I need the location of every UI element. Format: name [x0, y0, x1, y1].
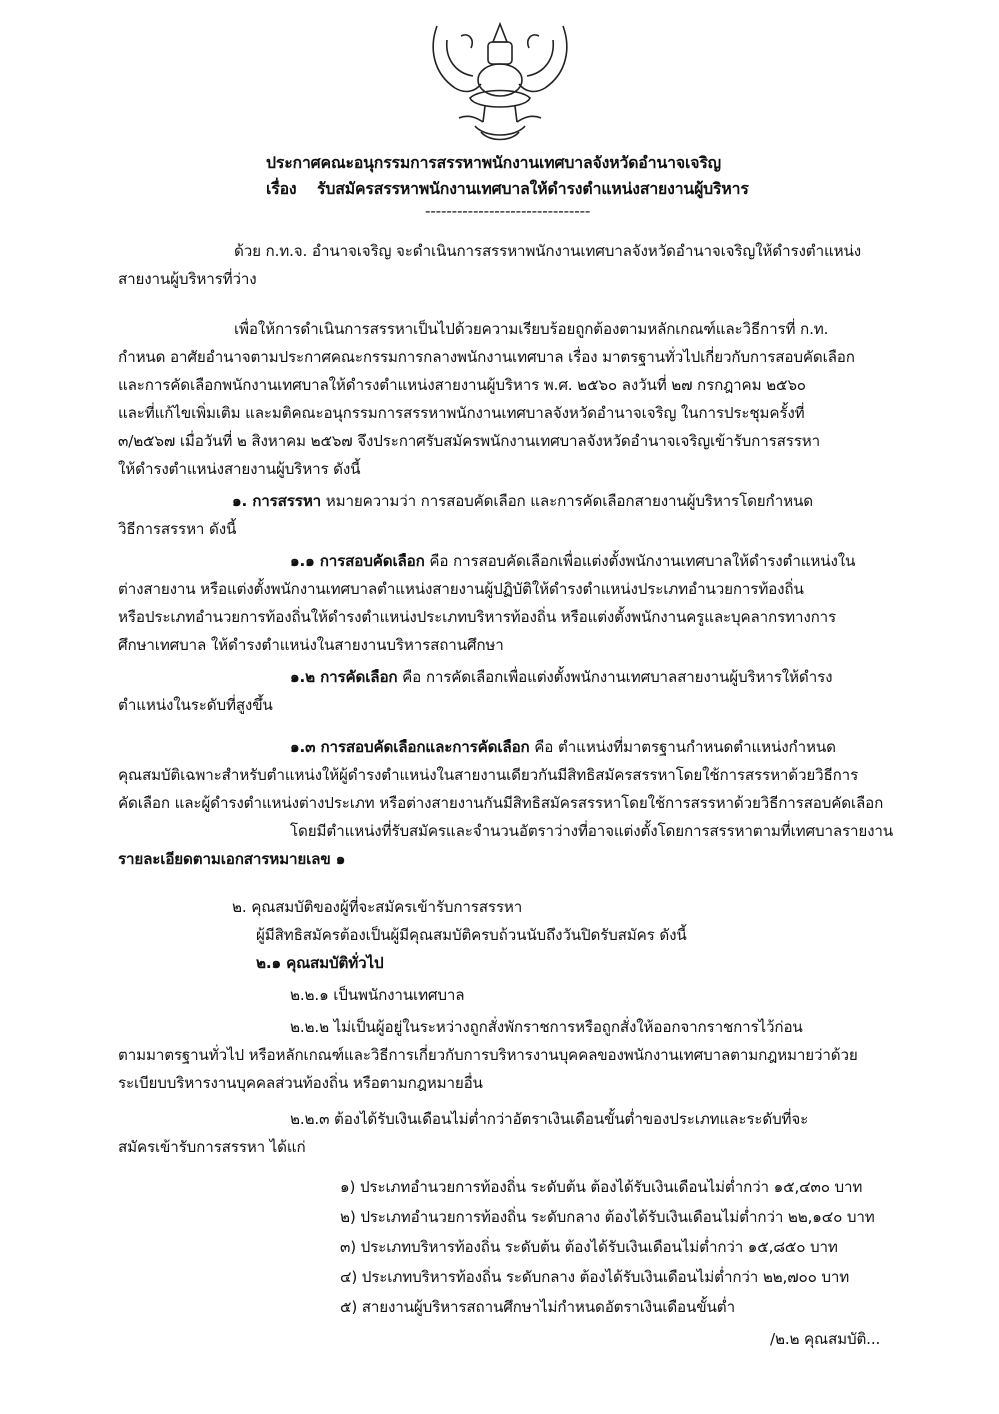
intro-p1-line: สายงานผู้บริหารที่ว่าง — [118, 268, 257, 290]
s1-2-text: คือ การคัดเลือกเพื่อแต่งตั้งพนักงานเทศบา… — [397, 668, 832, 686]
subject-label: เรื่อง — [266, 178, 297, 200]
s1-1-line: หรือประเภทอำนวยการท้องถิ่นให้ดำรงตำแหน่ง… — [118, 606, 836, 628]
item-2-2-1: ๒.๒.๑ เป็นพนักงานเทศบาล — [290, 984, 464, 1006]
s1-1-first: ๑.๑ การสอบคัดเลือก คือ การสอบคัดเลือกเพื… — [290, 550, 855, 572]
s1-1-text: คือ การสอบคัดเลือกเพื่อแต่งตั้งพนักงานเท… — [425, 552, 856, 570]
item-2-2-2-line: ระเบียบบริหารงานบุคคลส่วนท้องถิ่น หรือตา… — [118, 1072, 483, 1094]
continuation-marker: /๒.๒ คุณสมบัติ... — [770, 1328, 880, 1350]
s1-3-line: คุณสมบัติเฉพาะสำหรับตำแหน่งให้ผู้ดำรงตำแ… — [118, 764, 858, 786]
intro-p2-line: เพื่อให้การดำเนินการสรรหาเป็นไปด้วยความเ… — [234, 318, 828, 340]
item-2-2-2-first: ๒.๒.๒ ไม่เป็นผู้อยู่ในระหว่างถูกสั่งพักร… — [290, 1016, 803, 1038]
intro-p1-line: ด้วย ก.ท.จ. อำนาจเจริญ จะดำเนินการสรรหาพ… — [234, 240, 861, 262]
salary-item: ๕) สายงานผู้บริหารสถานศึกษาไม่กำหนดอัตรา… — [340, 1296, 735, 1318]
document-page: ประกาศคณะอนุกรรมการสรรหาพนักงานเทศบาลจัง… — [0, 0, 999, 1414]
item-2-2-3-first: ๒.๒.๓ ต้องได้รับเงินเดือนไม่ต่ำกว่าอัตรา… — [290, 1108, 808, 1130]
s1-3-line: คัดเลือก และผู้ดำรงตำแหน่งต่างประเภท หรื… — [118, 792, 883, 814]
intro-p2-line: และที่แก้ไขเพิ่มเติม และมติคณะอนุกรรมการ… — [118, 402, 805, 424]
s1-3-bold: ๑.๓ การสอบคัดเลือกและการคัดเลือก — [290, 738, 530, 756]
subject-text: รับสมัครสรรหาพนักงานเทศบาลให้ดำรงตำแหน่ง… — [317, 178, 749, 200]
section1-heading-bold: ๑. การสรรหา — [232, 492, 321, 510]
section1-cont: วิธีการสรรหา ดังนี้ — [118, 518, 236, 540]
s2-1-heading: ๒.๑ คุณสมบัติทั่วไป — [256, 952, 383, 974]
salary-item: ๓) ประเภทบริหารท้องถิ่น ระดับต้น ต้องได้… — [340, 1236, 838, 1258]
positions-reference: รายละเอียดตามเอกสารหมายเลข ๑ — [118, 848, 345, 870]
s1-3-text: คือ ตำแหน่งที่มาตรฐานกำหนดตำแหน่งกำหนด — [530, 738, 836, 756]
garuda-emblem-icon — [425, 18, 575, 146]
intro-p2-line: และการคัดเลือกพนักงานเทศบาลให้ดำรงตำแหน่… — [118, 374, 806, 396]
divider: ------------------------------- — [425, 200, 590, 222]
salary-item: ๑) ประเภทอำนวยการท้องถิ่น ระดับต้น ต้องไ… — [340, 1176, 862, 1198]
item-2-2-2-line: ตามมาตรฐานทั่วไป หรือหลักเกณฑ์และวิธีการ… — [118, 1044, 858, 1066]
intro-p2-line: กำหนด อาศัยอำนาจตามประกาศคณะกรรมการกลางพ… — [118, 346, 855, 368]
salary-item: ๔) ประเภทบริหารท้องถิ่น ระดับกลาง ต้องได… — [340, 1266, 849, 1288]
s1-1-bold: ๑.๑ การสอบคัดเลือก — [290, 552, 425, 570]
intro-p2-line: ให้ดำรงตำแหน่งสายงานผู้บริหาร ดังนี้ — [118, 458, 360, 480]
salary-item: ๒) ประเภทอำนวยการท้องถิ่น ระดับกลาง ต้อง… — [340, 1206, 875, 1228]
s1-2-bold: ๑.๒ การคัดเลือก — [290, 668, 397, 686]
section1-heading: ๑. การสรรหา หมายความว่า การสอบคัดเลือก แ… — [232, 490, 813, 512]
section1-heading-rest: หมายความว่า การสอบคัดเลือก และการคัดเลือ… — [321, 492, 813, 510]
announcement-title: ประกาศคณะอนุกรรมการสรรหาพนักงานเทศบาลจัง… — [266, 152, 721, 174]
positions-note: โดยมีตำแหน่งที่รับสมัครและจำนวนอัตราว่าง… — [290, 820, 893, 842]
s1-1-line: ศึกษาเทศบาล ให้ดำรงตำแหน่งในสายงานบริหาร… — [118, 634, 504, 656]
s1-2-first: ๑.๒ การคัดเลือก คือ การคัดเลือกเพื่อแต่ง… — [290, 666, 832, 688]
item-2-2-3-line: สมัครเข้ารับการสรรหา ได้แก่ — [118, 1136, 306, 1158]
s1-3-first: ๑.๓ การสอบคัดเลือกและการคัดเลือก คือ ตำแ… — [290, 736, 836, 758]
section2-intro: ผู้มีสิทธิสมัครต้องเป็นผู้มีคุณสมบัติครบ… — [256, 924, 687, 946]
s1-2-line: ตำแหน่งในระดับที่สูงขึ้น — [118, 694, 273, 716]
section2-heading: ๒. คุณสมบัติของผู้ที่จะสมัครเข้ารับการสร… — [232, 896, 522, 918]
s1-1-line: ต่างสายงาน หรือแต่งตั้งพนักงานเทศบาลตำแห… — [118, 578, 804, 600]
intro-p2-line: ๓/๒๕๖๗ เมื่อวันที่ ๒ สิงหาคม ๒๕๖๗ จึงประ… — [118, 430, 820, 452]
